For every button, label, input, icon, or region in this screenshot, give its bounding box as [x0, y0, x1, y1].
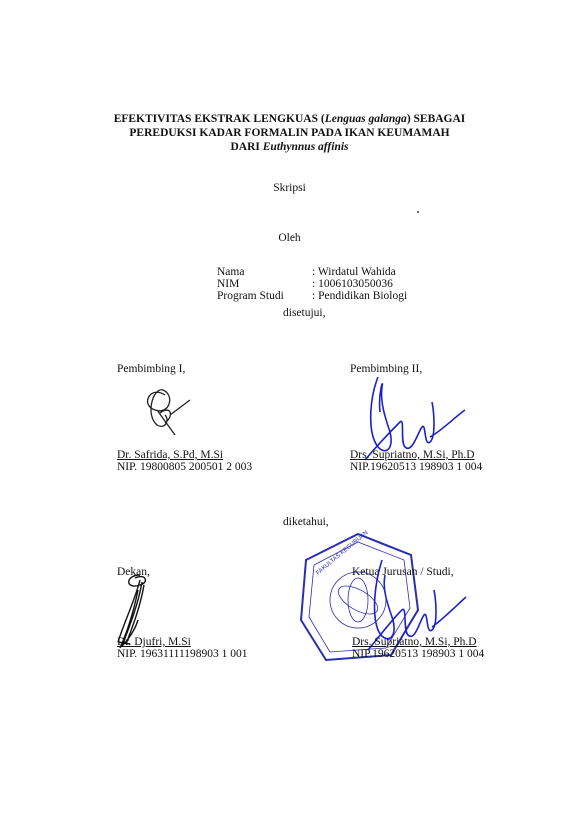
- title-line-2: PEREDUKSI KADAR FORMALIN PADA IKAN KEUMA…: [0, 126, 579, 140]
- title-text: ) SEBAGAI: [407, 113, 465, 125]
- info-value: : Pendidikan Biologi: [312, 290, 407, 302]
- title-species-italic: Euthynnus affinis: [263, 141, 349, 153]
- info-label: NIM: [217, 278, 312, 290]
- info-row-program: Program Studi : Pendidikan Biologi: [217, 290, 407, 302]
- advisor2-name: Drs. Supriatno, M.Si, Ph.D: [350, 449, 475, 461]
- scan-speck: [417, 211, 419, 213]
- title-line-1: EFEKTIVITAS EKSTRAK LENGKUAS (Lenguas ga…: [0, 112, 579, 126]
- info-row-nim: NIM : 1006103050036: [217, 278, 407, 290]
- document-type: Skripsi: [0, 182, 579, 194]
- dean-name: Dr. Djufri, M.Si: [117, 636, 191, 648]
- approved-label: disetujui,: [283, 307, 326, 319]
- title-line-3: DARI Euthynnus affinis: [0, 140, 579, 154]
- document-title: EFEKTIVITAS EKSTRAK LENGKUAS (Lenguas ga…: [0, 112, 579, 154]
- by-label: Oleh: [0, 232, 579, 244]
- student-info: Nama : Wirdatul Wahida NIM : 10061030500…: [217, 266, 407, 302]
- dean-nip: NIP. 19631111198903 1 001: [117, 648, 248, 660]
- info-label: Nama: [217, 266, 312, 278]
- acknowledged-label: diketahui,: [283, 516, 329, 528]
- advisor1-nip: NIP. 19800805 200501 2 003: [117, 461, 252, 473]
- head-name: Drs. Supriatno, M.Si, Ph.D: [352, 636, 477, 648]
- advisor1-role: Pembimbing I,: [117, 363, 185, 375]
- advisor1-signature: [135, 385, 195, 440]
- info-value: : Wirdatul Wahida: [312, 266, 396, 278]
- title-text: EFEKTIVITAS EKSTRAK LENGKUAS (: [114, 113, 325, 125]
- info-value: : 1006103050036: [312, 278, 393, 290]
- info-label: Program Studi: [217, 290, 312, 302]
- advisor1-name: Dr. Safrida, S.Pd, M.Si: [117, 449, 223, 461]
- info-row-name: Nama : Wirdatul Wahida: [217, 266, 407, 278]
- title-species-italic: Lenguas galanga: [325, 113, 407, 125]
- advisor2-nip: NIP.19620513 198903 1 004: [350, 461, 482, 473]
- title-text: DARI: [230, 141, 262, 153]
- head-nip: NIP.19620513 198903 1 004: [352, 648, 484, 660]
